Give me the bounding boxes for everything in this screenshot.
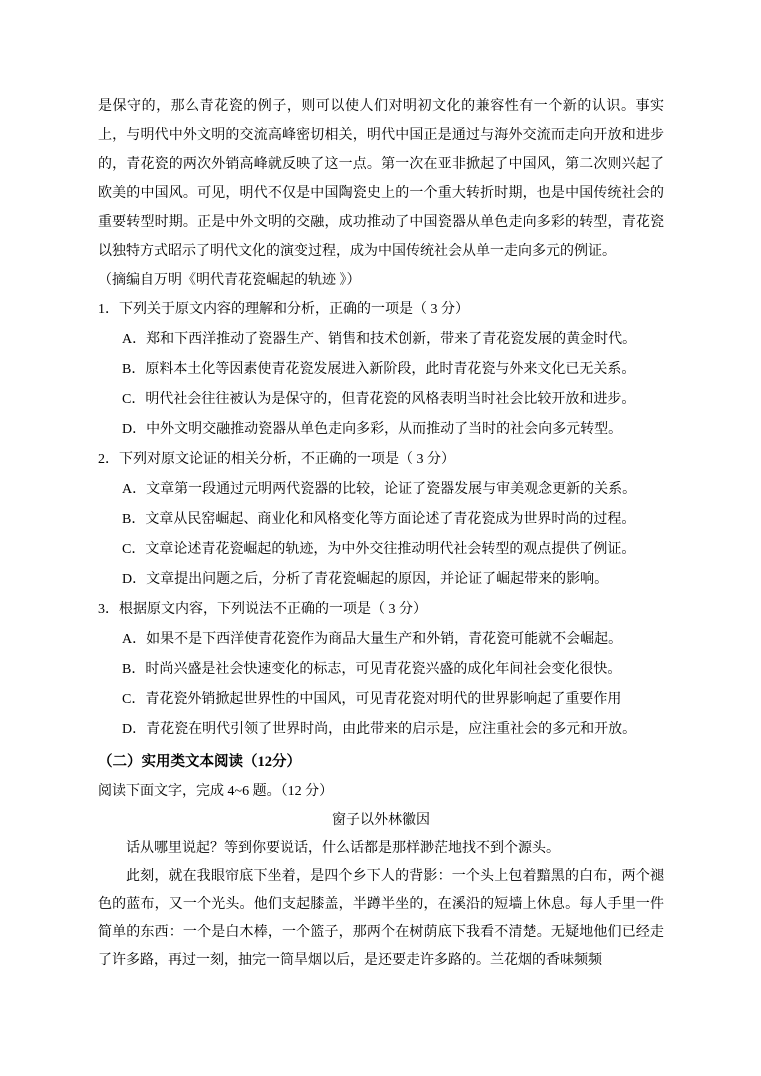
- section-2-heading: （二）实用类文本阅读（12分）: [98, 747, 664, 777]
- section-2-instruction: 阅读下面文字，完成 4~6 题。（12 分）: [98, 777, 664, 806]
- question-2-option-b: B．文章从民窑崛起、商业化和风格变化等方面论述了青花瓷成为世界时尚的过程。: [98, 505, 664, 535]
- essay-paragraph-2: 此刻，就在我眼帘底下坐着，是四个乡下人的背影：一个头上包着黯黑的白布，两个褪色的…: [98, 863, 664, 975]
- question-2: 2．下列对原文论证的相关分析，不正确的一项是（ 3 分） A．文章第一段通过元明…: [98, 445, 664, 595]
- exam-paper-page: 是保守的，那么青花瓷的例子，则可以使人们对明初文化的兼容性有一个新的认识。事实上…: [0, 0, 761, 1076]
- question-2-option-a: A．文章第一段通过元明两代瓷器的比较，论证了瓷器发展与审美观念更新的关系。: [98, 475, 664, 505]
- question-2-option-c: C．文章论述青花瓷崛起的轨迹，为中外交往推动明代社会转型的观点提供了例证。: [98, 535, 664, 565]
- question-1-stem: 1．下列关于原文内容的理解和分析，正确的一项是（ 3 分）: [98, 295, 664, 325]
- article-body-paragraph: 是保守的，那么青花瓷的例子，则可以使人们对明初文化的兼容性有一个新的认识。事实上…: [98, 92, 664, 266]
- question-2-option-d: D．文章提出问题之后，分析了青花瓷崛起的原因，并论证了崛起带来的影响。: [98, 565, 664, 595]
- question-3-option-c: C．青花瓷外销掀起世界性的中国风，可见青花瓷对明代的世界影响起了重要作用: [98, 685, 664, 715]
- question-1-option-a: A．郑和下西洋推动了瓷器生产、销售和技术创新，带来了青花瓷发展的黄金时代。: [98, 325, 664, 355]
- essay-paragraph-1: 话从哪里说起？等到你要说话，什么话都是那样渺茫地找不到个源头。: [98, 835, 664, 863]
- article-attribution: （摘编自万明《明代青花瓷崛起的轨迹 》）: [98, 266, 664, 295]
- question-3-stem: 3．根据原文内容，下列说法不正确的一项是（ 3 分）: [98, 595, 664, 625]
- question-3: 3．根据原文内容，下列说法不正确的一项是（ 3 分） A．如果不是下西洋使青花瓷…: [98, 595, 664, 745]
- question-3-option-b: B．时尚兴盛是社会快速变化的标志，可见青花瓷兴盛的成化年间社会变化很快。: [98, 655, 664, 685]
- question-1: 1．下列关于原文内容的理解和分析，正确的一项是（ 3 分） A．郑和下西洋推动了…: [98, 295, 664, 445]
- question-1-option-c: C．明代社会往往被认为是保守的，但青花瓷的风格表明当时社会比较开放和进步。: [98, 385, 664, 415]
- question-3-option-a: A．如果不是下西洋使青花瓷作为商品大量生产和外销，青花瓷可能就不会崛起。: [98, 625, 664, 655]
- question-2-stem: 2．下列对原文论证的相关分析，不正确的一项是（ 3 分）: [98, 445, 664, 475]
- essay-title-author: 窗子以外林徽因: [98, 806, 664, 835]
- question-3-option-d: D．青花瓷在明代引领了世界时尚，由此带来的启示是，应注重社会的多元和开放。: [98, 715, 664, 745]
- question-1-option-d: D．中外文明交融推动瓷器从单色走向多彩，从而推动了当时的社会向多元转型。: [98, 415, 664, 445]
- question-1-option-b: B．原料本土化等因素使青花瓷发展进入新阶段，此时青花瓷与外来文化已无关系。: [98, 355, 664, 385]
